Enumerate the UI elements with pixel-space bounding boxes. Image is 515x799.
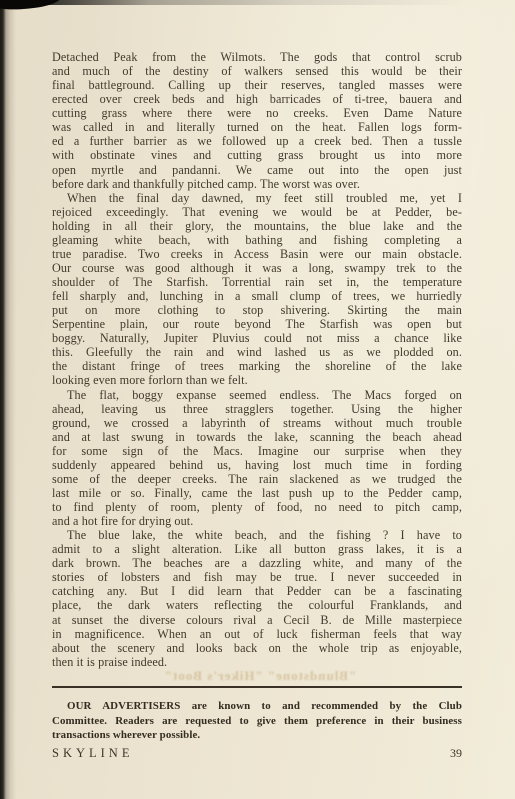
text-line: The flat, boggy expanse seemed endless. … xyxy=(52,388,462,402)
text-line: looking even more forlorn than we felt. xyxy=(52,373,462,387)
divider-rule xyxy=(52,686,462,688)
text-line: then it is praise indeed. xyxy=(52,655,462,669)
text-line: the distant fringe of trees marking the … xyxy=(52,359,462,373)
text-line: this. Gleefully the rain and wind lashed… xyxy=(52,345,462,359)
text-line: place, the dark waters reflecting the co… xyxy=(52,598,462,612)
text-line: final battleground. Calling up their res… xyxy=(52,78,462,92)
text-line: and at last swung in towards the lake, s… xyxy=(52,430,462,444)
text-line: catching any. But I did learn that Pedde… xyxy=(52,584,462,598)
text-line: When the final day dawned, my feet still… xyxy=(52,191,462,205)
text-line: for some sign of the Macs. Imagine our s… xyxy=(52,444,462,458)
text-line: Our course was good although it was a lo… xyxy=(52,261,462,275)
text-line: The blue lake, the white beach, and the … xyxy=(52,528,462,542)
text-line: admit to a slight alteration. Like all b… xyxy=(52,542,462,556)
text-line: last mile or so. Finally, came the last … xyxy=(52,486,462,500)
text-line: transactions wherever possible. xyxy=(52,728,462,743)
text-line: true paradise. Two creeks in Access Basi… xyxy=(52,247,462,261)
page-footer: SKYLINE 39 xyxy=(52,746,462,761)
paragraph-1: Detached Peak from the Wilmots. The gods… xyxy=(52,50,462,191)
scanned-page: Detached Peak from the Wilmots. The gods… xyxy=(0,0,515,799)
text-line: Committee. Readers are requested to give… xyxy=(52,714,462,729)
page-spine-shadow xyxy=(0,0,16,799)
page-corner-scan-mark xyxy=(0,0,60,11)
page-number: 39 xyxy=(450,746,462,761)
text-line: ed a further barrier as we followed up a… xyxy=(52,134,462,148)
text-line: at sunset the diverse colours rival a Ce… xyxy=(52,613,462,627)
text-line: shoulder of The Starfish. Torrential rai… xyxy=(52,275,462,289)
article-body: Detached Peak from the Wilmots. The gods… xyxy=(52,50,462,669)
paragraph-4: The blue lake, the white beach, and the … xyxy=(52,528,462,669)
text-line: ground, we crossed a labyrinth of stream… xyxy=(52,416,462,430)
journal-title: SKYLINE xyxy=(52,746,133,761)
text-line: about the scenery and looks back on the … xyxy=(52,641,462,655)
text-line: stories of lobsters and fish may be true… xyxy=(52,570,462,584)
text-line: before dark and thankfully pitched camp.… xyxy=(52,177,462,191)
advertisers-note: OUR ADVERTISERS are known to and recomme… xyxy=(52,699,462,743)
text-line: dark brown. The beaches are a dazzling w… xyxy=(52,556,462,570)
text-line: holding in all their glory, the mountain… xyxy=(52,219,462,233)
text-line: rejoiced exceedingly. That evening we wo… xyxy=(52,205,462,219)
text-line: with obstinate vines and cutting grass b… xyxy=(52,148,462,162)
text-line: in magnificence. When an out of luck fis… xyxy=(52,627,462,641)
text-line: ahead, leaving us three stragglers toget… xyxy=(52,402,462,416)
text-line: fell sharply and, lunching in a small cl… xyxy=(52,289,462,303)
text-line: erected over creek beds and high barrica… xyxy=(52,92,462,106)
paragraph-2: When the final day dawned, my feet still… xyxy=(52,191,462,388)
text-line: Serpentine plain, our route beyond The S… xyxy=(52,317,462,331)
text-line: and a hot fire for drying out. xyxy=(52,514,462,528)
text-line: OUR ADVERTISERS are known to and recomme… xyxy=(52,699,462,714)
paragraph-3: The flat, boggy expanse seemed endless. … xyxy=(52,388,462,529)
text-line: Detached Peak from the Wilmots. The gods… xyxy=(52,50,462,64)
text-line: cutting grass where there were no creeks… xyxy=(52,106,462,120)
text-line: open myrtle and pandanni. We came out in… xyxy=(52,163,462,177)
text-line: some of the deeper creeks. The rain slac… xyxy=(52,472,462,486)
text-line: was called in and literally turned on th… xyxy=(52,120,462,134)
text-line: boggy. Naturally, Jupiter Pluvius could … xyxy=(52,331,462,345)
text-line: to find plenty of room, plenty of food, … xyxy=(52,500,462,514)
text-line: and much of the destiny of walkers sense… xyxy=(52,64,462,78)
text-line: put on more clothing to stop shivering. … xyxy=(52,303,462,317)
text-line: gleaming white beach, with bathing and f… xyxy=(52,233,462,247)
reverse-page-showthrough-text: "Blundstone" "Hiker's Boot" xyxy=(140,668,380,684)
text-line: suddenly appeared behind us, having lost… xyxy=(52,458,462,472)
page-top-edge-shadow xyxy=(0,0,515,5)
